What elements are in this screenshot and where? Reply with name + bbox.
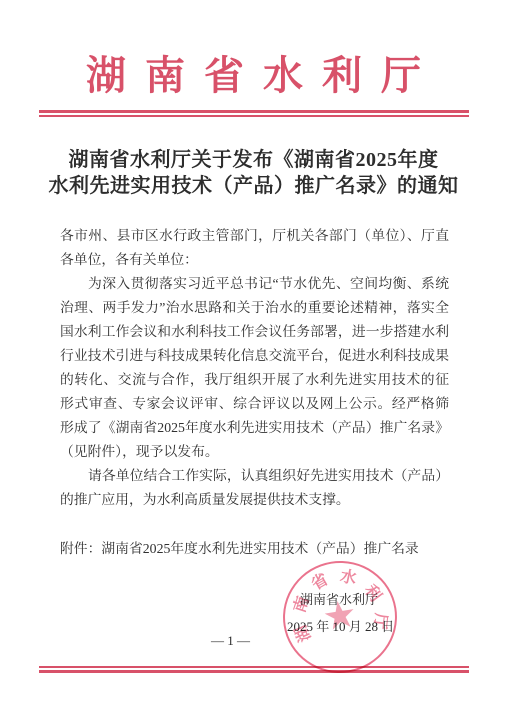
document-title-line-1: 湖南省水利厅关于发布《湖南省2025年度	[0, 147, 507, 173]
header-rule-thin	[39, 115, 469, 117]
body-line: 形成了《湖南省2025年度水利先进实用技术（产品）推广名录》	[60, 416, 449, 440]
body-line: 为深入贯彻落实习近平总书记“节水优先、空间均衡、系统	[60, 272, 449, 296]
seal-arc-char: 厅	[369, 612, 394, 630]
footer-rule-thick	[39, 670, 469, 673]
seal-arc-char: 利	[360, 579, 388, 605]
body-line: 治理、两手发力”治水思路和关于治水的重要论述精神，落实全	[60, 296, 449, 320]
document-page: 湖南省水利厅 湖南省水利厅关于发布《湖南省2025年度 水利先进实用技术（产品）…	[0, 0, 507, 702]
document-title-line-2: 水利先进实用技术（产品）推广名录》的通知	[0, 173, 507, 199]
footer-rule-thin	[39, 666, 469, 668]
body-line: （见附件），现予以发布。	[60, 440, 449, 464]
body-line: 行业技术引进与科技成果转化信息交流平台，促进水利科技成果	[60, 344, 449, 368]
body-line: 各市州、县市区水行政主管部门，厅机关各部门（单位）、厅直	[60, 224, 449, 248]
body-line: 形式审查、专家会议评审、综合评议以及网上公示。经严格筛选，	[60, 392, 449, 416]
seal-arc-char: 南	[287, 593, 314, 615]
body-line: 国水利工作会议和水利科技工作会议任务部署，进一步搭建水利	[60, 320, 449, 344]
body-line: 请各单位结合工作实际，认真组织好先进实用技术（产品）	[60, 464, 449, 488]
seal-arc-char: 省	[306, 567, 331, 595]
body-text: 各市州、县市区水行政主管部门，厅机关各部门（单位）、厅直各单位，各有关单位：为深…	[60, 224, 449, 512]
header-rule-thick	[39, 110, 469, 113]
body-line: 的推广应用，为水利高质量发展提供技术支撑。	[60, 488, 449, 512]
body-line: 各单位，各有关单位：	[60, 248, 449, 272]
body-line: 的转化、交流与合作，我厅组织开展了水利先进实用技术的征集、	[60, 368, 449, 392]
attachment-line: 附件：湖南省2025年度水利先进实用技术（产品）推广名录	[60, 537, 460, 561]
seal-arc-char: 水	[339, 563, 359, 589]
page-number: — 1 —	[211, 633, 250, 649]
letterhead-agency-name: 湖南省水利厅	[0, 52, 507, 100]
seal-arc-char: 湖	[288, 622, 316, 646]
document-title: 湖南省水利厅关于发布《湖南省2025年度 水利先进实用技术（产品）推广名录》的通…	[0, 147, 507, 199]
seal-star-icon: ★	[319, 591, 360, 640]
official-seal: ★ 湖南省水利厅	[275, 553, 405, 681]
